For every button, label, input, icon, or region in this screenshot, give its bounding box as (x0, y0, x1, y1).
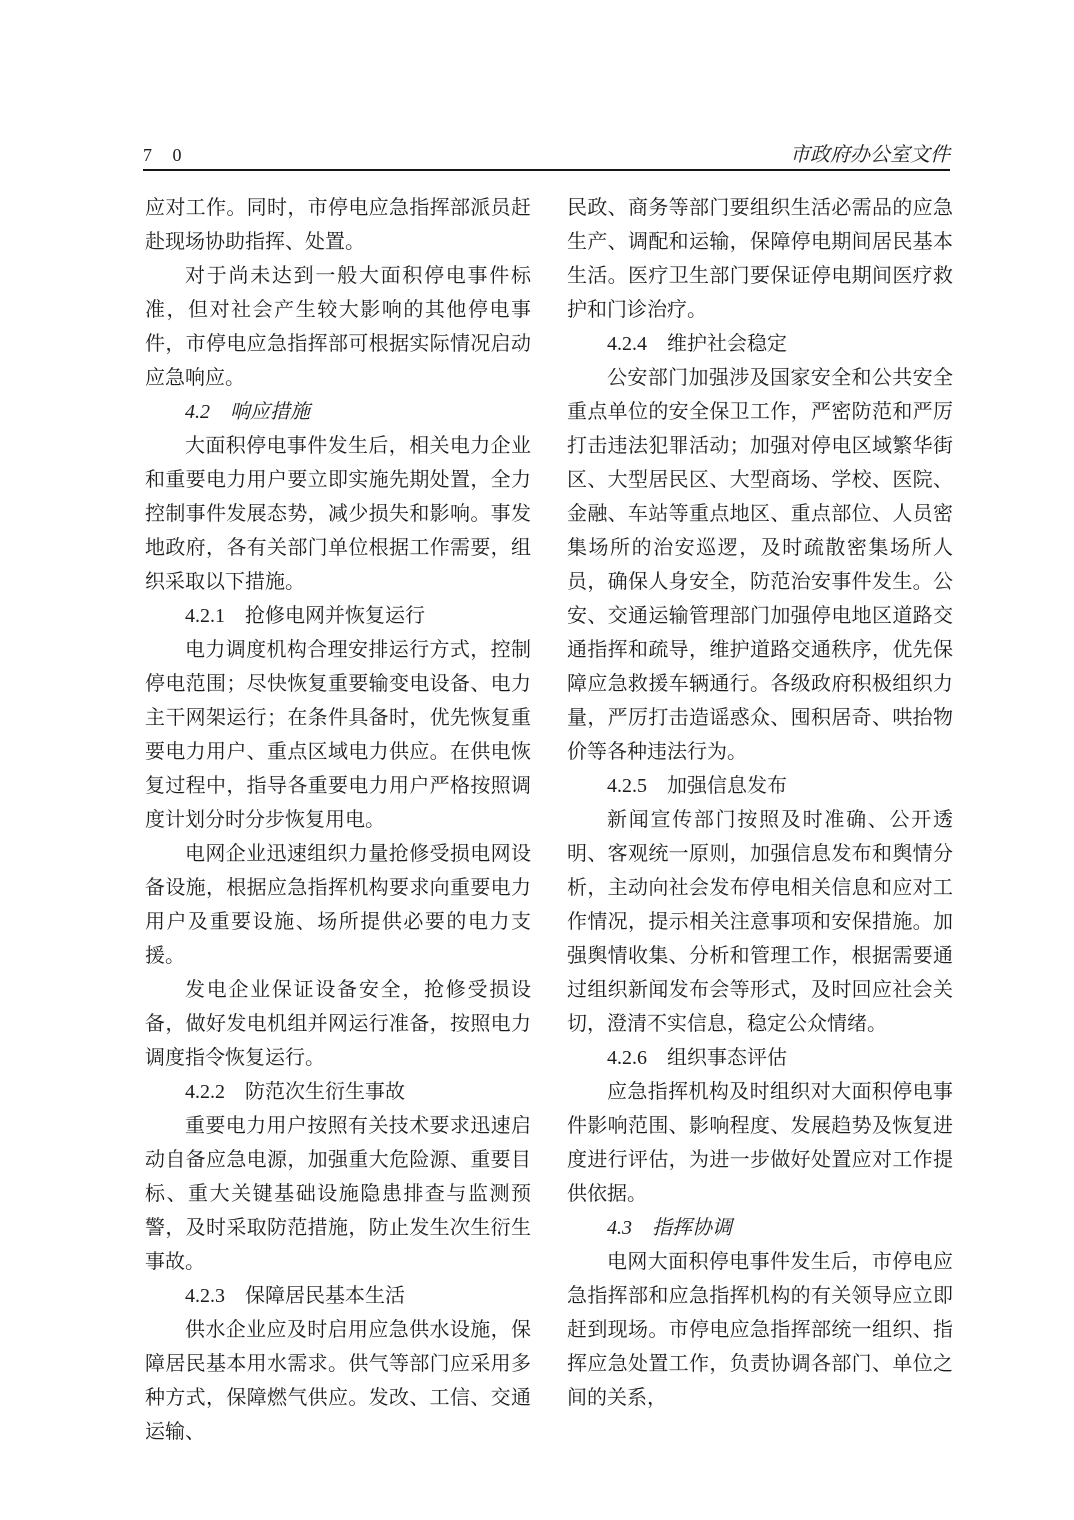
paragraph: 电力调度机构合理安排运行方式，控制停电范围；尽快恢复重要输变电设备、电力主干网架… (145, 633, 531, 837)
subsection-heading-4-2-4: 4.2.4 维护社会稳定 (567, 327, 953, 361)
section-heading-4-3: 4.3 指挥协调 (567, 1211, 953, 1245)
paragraph: 新闻宣传部门按照及时准确、公开透明、客观统一原则，加强信息发布和舆情分析，主动向… (567, 803, 953, 1041)
header-rule (143, 169, 950, 171)
page-number: 7 0 (143, 146, 190, 166)
left-column: 应对工作。同时，市停电应急指挥部派员赶赴现场协助指挥、处置。 对于尚未达到一般大… (145, 191, 531, 1449)
paragraph: 公安部门加强涉及国家安全和公共安全重点单位的安全保卫工作，严密防范和严厉打击违法… (567, 361, 953, 769)
paragraph: 重要电力用户按照有关技术要求迅速启动自备应急电源，加强重大危险源、重要目标、重大… (145, 1109, 531, 1279)
document-page: 7 0 市政府办公室文件 应对工作。同时，市停电应急指挥部派员赶赴现场协助指挥、… (0, 0, 1074, 1520)
paragraph-continuation: 民政、商务等部门要组织生活必需品的应急生产、调配和运输，保障停电期间居民基本生活… (567, 191, 953, 327)
subsection-heading-4-2-2: 4.2.2 防范次生衍生事故 (145, 1075, 531, 1109)
header-title: 市政府办公室文件 (790, 145, 950, 166)
right-column: 民政、商务等部门要组织生活必需品的应急生产、调配和运输，保障停电期间居民基本生活… (567, 191, 953, 1449)
paragraph: 供水企业应及时启用应急供水设施，保障居民基本用水需求。供气等部门应采用多种方式，… (145, 1313, 531, 1449)
paragraph-continuation: 应对工作。同时，市停电应急指挥部派员赶赴现场协助指挥、处置。 (145, 191, 531, 259)
subsection-heading-4-2-1: 4.2.1 抢修电网并恢复运行 (145, 599, 531, 633)
subsection-heading-4-2-6: 4.2.6 组织事态评估 (567, 1041, 953, 1075)
paragraph: 发电企业保证设备安全，抢修受损设备，做好发电机组并网运行准备，按照电力调度指令恢… (145, 973, 531, 1075)
page-header: 7 0 市政府办公室文件 (143, 132, 950, 166)
section-heading-4-2: 4.2 响应措施 (145, 395, 531, 429)
paragraph: 大面积停电事件发生后，相关电力企业和重要电力用户要立即实施先期处置，全力控制事件… (145, 429, 531, 599)
subsection-heading-4-2-3: 4.2.3 保障居民基本生活 (145, 1279, 531, 1313)
paragraph: 对于尚未达到一般大面积停电事件标准，但对社会产生较大影响的其他停电事件，市停电应… (145, 259, 531, 395)
subsection-heading-4-2-5: 4.2.5 加强信息发布 (567, 769, 953, 803)
paragraph: 电网企业迅速组织力量抢修受损电网设备设施，根据应急指挥机构要求向重要电力用户及重… (145, 837, 531, 973)
paragraph: 电网大面积停电事件发生后，市停电应急指挥部和应急指挥机构的有关领导应立即赶到现场… (567, 1245, 953, 1415)
two-column-body: 应对工作。同时，市停电应急指挥部派员赶赴现场协助指挥、处置。 对于尚未达到一般大… (145, 191, 953, 1449)
paragraph: 应急指挥机构及时组织对大面积停电事件影响范围、影响程度、发展趋势及恢复进度进行评… (567, 1075, 953, 1211)
